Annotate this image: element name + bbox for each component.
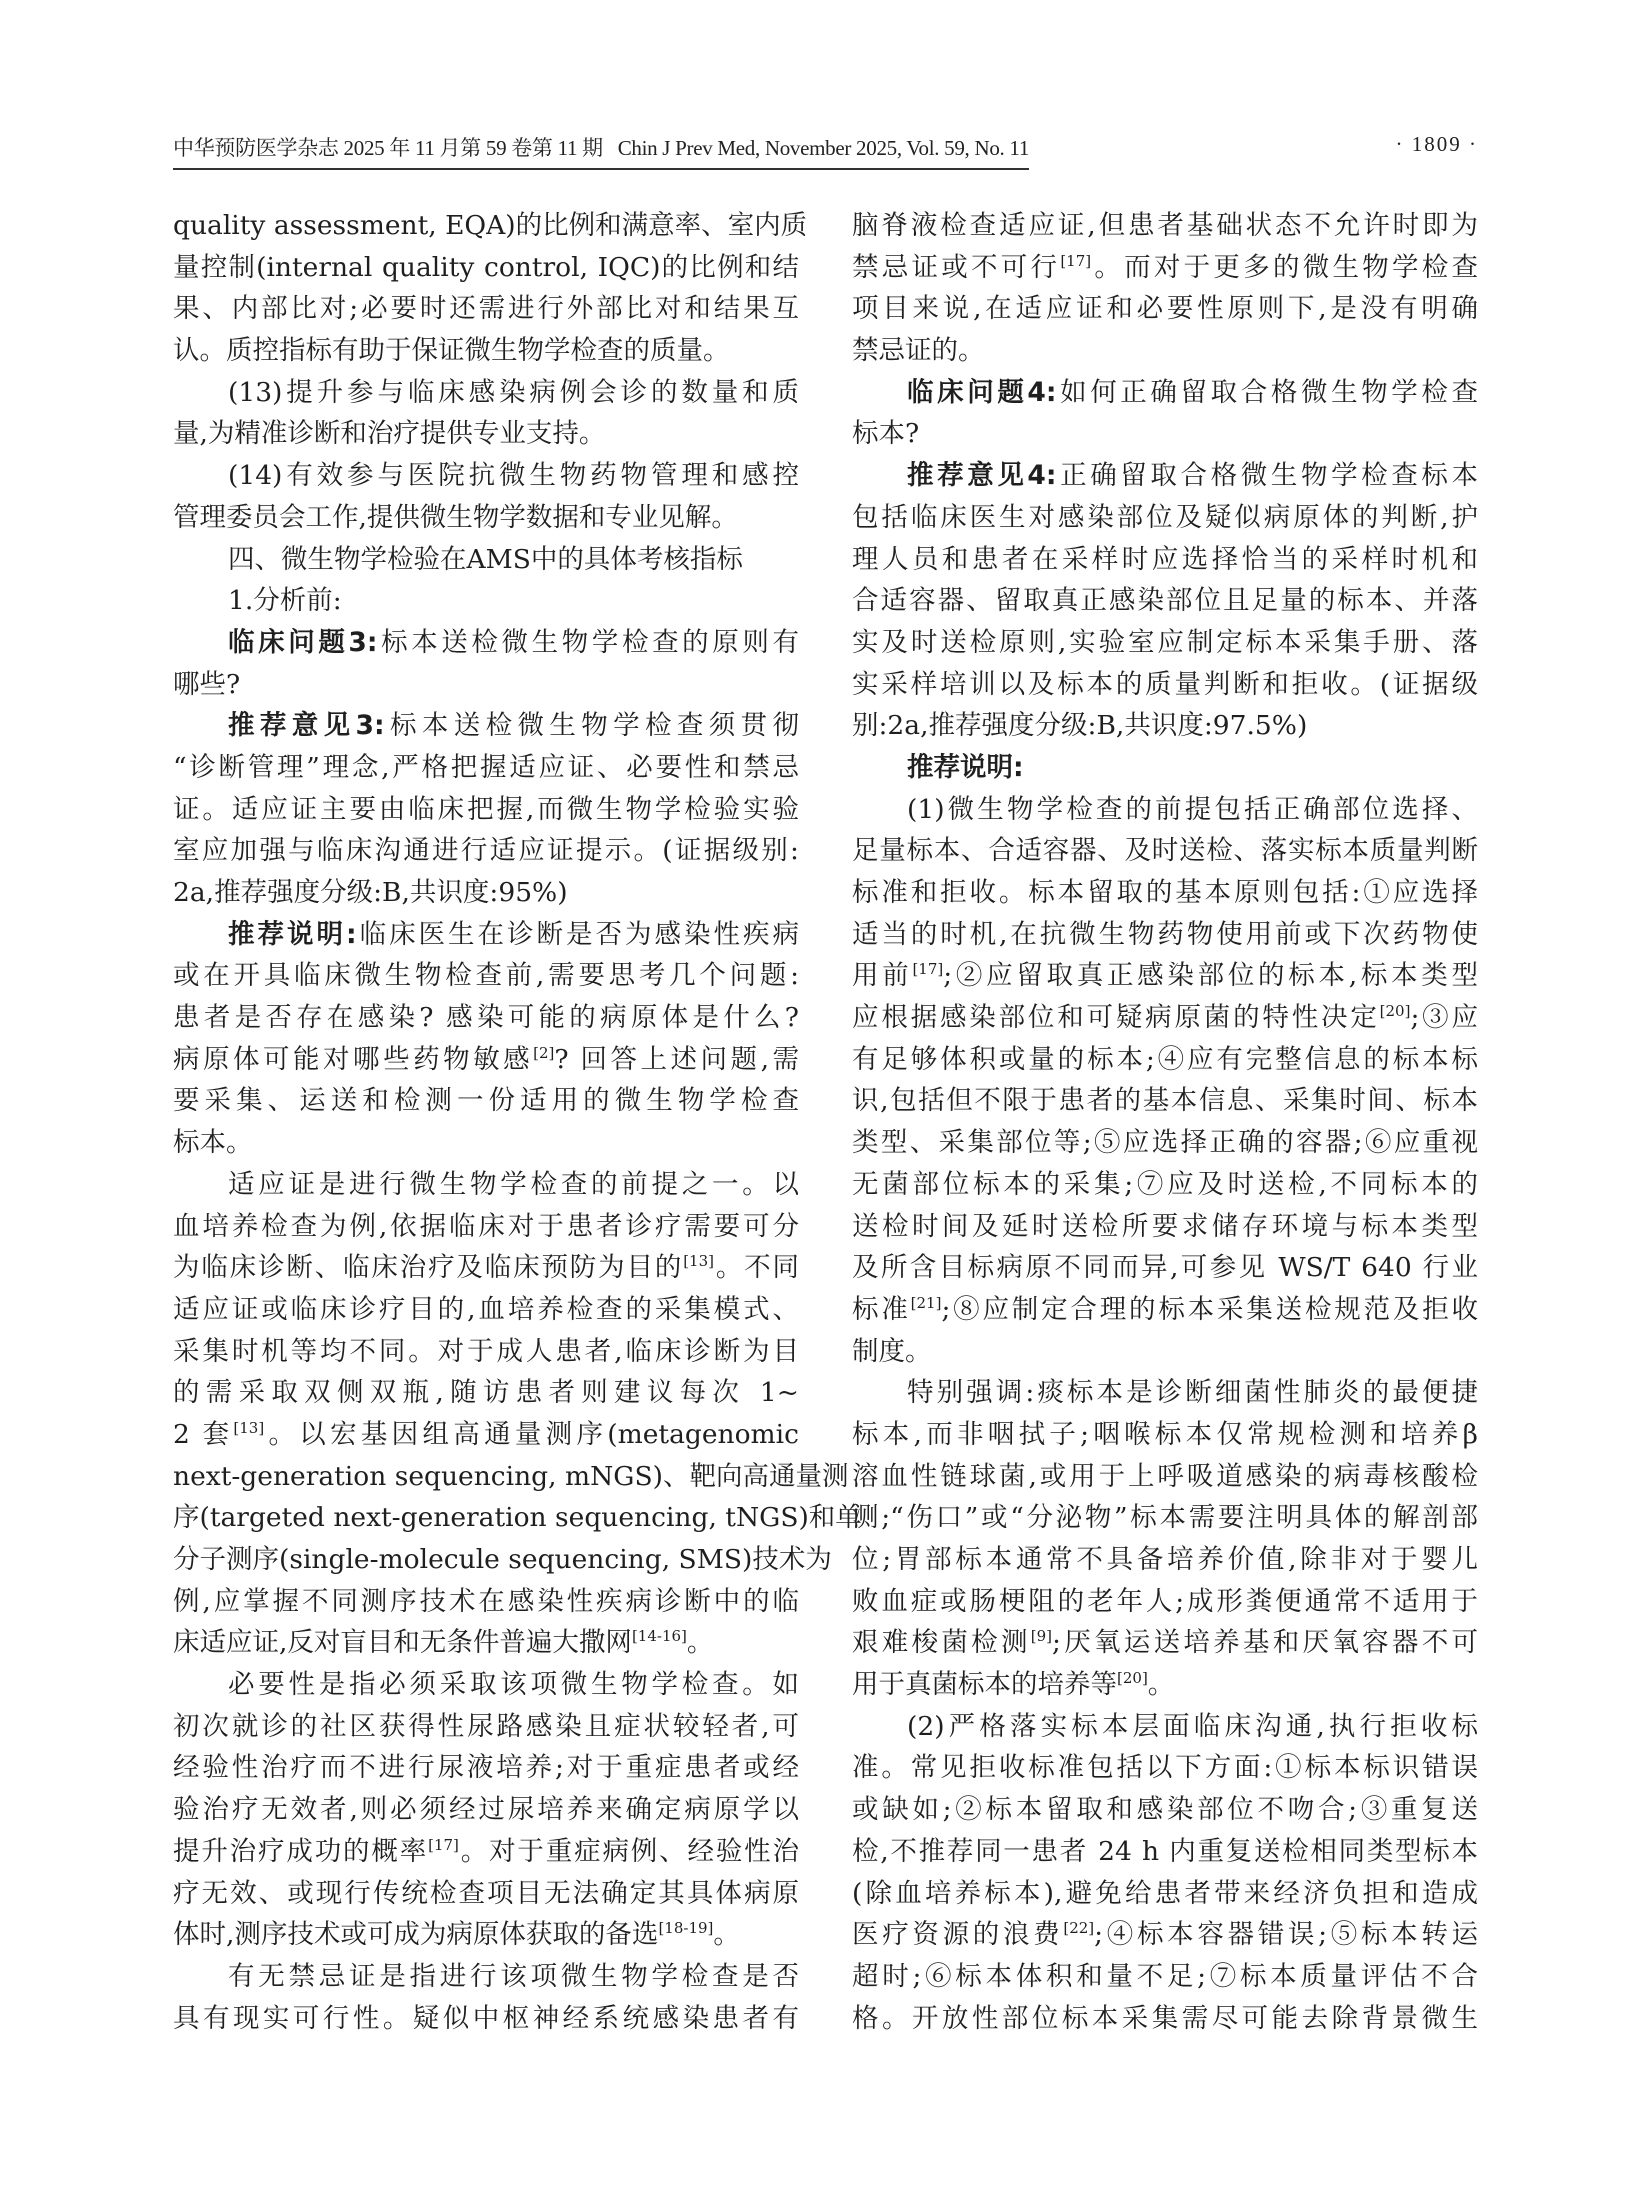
line-text: 适应证或临床诊疗目的,血培养检查的采集模式、 bbox=[173, 1294, 799, 1325]
text-line: 准。常见拒收标准包括以下方面:①标本标识错误 bbox=[852, 1747, 1478, 1789]
text-line: 四、微生物学检验在AMS中的具体考核指标 bbox=[173, 539, 799, 581]
text-line: 哪些? bbox=[173, 664, 799, 706]
line-text: 经验性治疗而不进行尿液培养;对于重症患者或经 bbox=[173, 1752, 799, 1783]
line-text: 别:2a,推荐强度分级:B,共识度:97.5%) bbox=[852, 710, 1307, 741]
line-text: 或缺如;②标本留取和感染部位不吻合;③重复送 bbox=[852, 1794, 1478, 1825]
text-line: 标准和拒收。标本留取的基本原则包括:①应选择 bbox=[852, 872, 1478, 914]
text-line: 超时;⑥标本体积和量不足;⑦标本质量评估不合 bbox=[852, 1956, 1478, 1998]
line-text: 具有现实可行性。疑似中枢神经系统感染患者有 bbox=[173, 2003, 799, 2034]
line-text: (13)提升参与临床感染病例会诊的数量和质 bbox=[228, 377, 799, 408]
citation-ref: [13] bbox=[233, 1419, 264, 1437]
line-text: ;②应留取真正感染部位的标本,标本类型 bbox=[943, 960, 1478, 991]
text-line: 格。开放性部位标本采集需尽可能去除背景微生 bbox=[852, 1998, 1478, 2040]
text-line: 标本? bbox=[852, 413, 1478, 455]
text-line: 要采集、运送和检测一份适用的微生物学检查 bbox=[173, 1080, 799, 1122]
text-line: 采集时机等均不同。对于成人患者,临床诊断为目 bbox=[173, 1331, 799, 1373]
citation-ref: [21] bbox=[911, 1294, 942, 1312]
citation-ref: [17] bbox=[428, 1836, 459, 1854]
citation-ref: [14-16] bbox=[632, 1627, 687, 1645]
text-line: 推荐说明: bbox=[852, 747, 1478, 789]
text-line: 血培养检查为例,依据临床对于患者诊疗需要可分 bbox=[173, 1206, 799, 1248]
line-text: 疗无效、或现行传统检查项目无法确定其具体病原 bbox=[173, 1878, 799, 1909]
journal-citation: 中华预防医学杂志 2025 年 11 月第 59 卷第 11 期 Chin J … bbox=[173, 132, 1029, 170]
line-text: 准。常见拒收标准包括以下方面:①标本标识错误 bbox=[852, 1752, 1478, 1783]
line-text: 有足够体积或量的标本;④应有完整信息的标本标 bbox=[852, 1044, 1478, 1075]
text-line: 识,包括但不限于患者的基本信息、采集时间、标本 bbox=[852, 1080, 1478, 1122]
line-text: 标本送检微生物学检查的原则有 bbox=[377, 627, 799, 658]
line-text: 或在开具临床微生物检查前,需要思考几个问题: bbox=[173, 960, 799, 991]
line-text: 如何正确留取合格微生物学检查 bbox=[1056, 377, 1478, 408]
line-text: 。 bbox=[1148, 1669, 1175, 1700]
line-text: 败血症或肠梗阻的老年人;成形粪便通常不适用于 bbox=[852, 1586, 1478, 1617]
line-text: (2)严格落实标本层面临床沟通,执行拒收标 bbox=[907, 1711, 1478, 1742]
text-line: 提升治疗成功的概率[17]。对于重症病例、经验性治 bbox=[173, 1831, 799, 1873]
text-line: 推荐说明:临床医生在诊断是否为感染性疾病 bbox=[173, 914, 799, 956]
line-text: next-generation sequencing, mNGS)、靶向高通量测 bbox=[173, 1461, 848, 1492]
line-text: 标本? bbox=[852, 418, 919, 449]
text-line: 室应加强与临床沟通进行适应证提示。(证据级别: bbox=[173, 830, 799, 872]
line-text: 应根据感染部位和可疑病原菌的特性决定 bbox=[852, 1002, 1380, 1033]
line-text: 初次就诊的社区获得性尿路感染且症状较轻者,可 bbox=[173, 1711, 799, 1742]
line-text: 1.分析前: bbox=[228, 585, 342, 616]
line-text: 脑脊液检查适应证,但患者基础状态不允许时即为 bbox=[852, 210, 1478, 241]
line-text: 量,为精准诊断和治疗提供专业支持。 bbox=[173, 418, 605, 449]
line-text: 果、内部比对;必要时还需进行外部比对和结果互 bbox=[173, 293, 799, 324]
line-text: 特别强调:痰标本是诊断细菌性肺炎的最便捷 bbox=[907, 1377, 1478, 1408]
text-line: 用前[17];②应留取真正感染部位的标本,标本类型 bbox=[852, 955, 1478, 997]
line-text: 识,包括但不限于患者的基本信息、采集时间、标本 bbox=[852, 1085, 1478, 1116]
line-text: 哪些? bbox=[173, 669, 240, 700]
text-line: 的需采取双侧双瓶,随访患者则建议每次 1~ bbox=[173, 1372, 799, 1414]
line-text: 医疗资源的浪费 bbox=[852, 1919, 1063, 1950]
line-text: (1)微生物学检查的前提包括正确部位选择、 bbox=[907, 794, 1478, 825]
line-text: 。而对于更多的微生物学检查 bbox=[1091, 252, 1478, 283]
line-text: 为临床诊断、临床治疗及临床预防为目的 bbox=[173, 1252, 683, 1283]
line-text: ;③应 bbox=[1410, 1002, 1478, 1033]
line-text: quality assessment, EQA)的比例和满意率、室内质 bbox=[173, 210, 807, 241]
text-line: 送检时间及延时送检所要求储存环境与标本类型 bbox=[852, 1206, 1478, 1248]
line-text: 格。开放性部位标本采集需尽可能去除背景微生 bbox=[852, 2003, 1478, 2034]
citation-ref: [13] bbox=[683, 1252, 714, 1270]
text-line: 推荐意见4:正确留取合格微生物学检查标本 bbox=[852, 455, 1478, 497]
run-in-heading: 推荐意见3: bbox=[228, 710, 385, 741]
text-line: 用于真菌标本的培养等[20]。 bbox=[852, 1664, 1478, 1706]
journal-title-cn: 中华预防医学杂志 2025 年 11 月第 59 卷第 11 期 bbox=[173, 136, 603, 160]
line-text: 无菌部位标本的采集;⑦应及时送检,不同标本的 bbox=[852, 1169, 1478, 1200]
line-text: 理人员和患者在采样时应选择恰当的采样时机和 bbox=[852, 544, 1478, 575]
line-text: 位;胃部标本通常不具备培养价值,除非对于婴儿 bbox=[852, 1544, 1478, 1575]
running-header: 中华预防医学杂志 2025 年 11 月第 59 卷第 11 期 Chin J … bbox=[173, 128, 1478, 164]
citation-ref: [17] bbox=[912, 960, 943, 978]
text-line: 推荐意见3:标本送检微生物学检查须贯彻 bbox=[173, 705, 799, 747]
run-in-heading: 推荐说明: bbox=[907, 752, 1024, 783]
line-text: 禁忌证或不可行 bbox=[852, 252, 1060, 283]
text-line: 测;“伤口”或“分泌物”标本需要注明具体的解剖部 bbox=[852, 1497, 1478, 1539]
text-line: 体时,测序技术或可成为病原体获取的备选[18-19]。 bbox=[173, 1914, 799, 1956]
line-text: 用前 bbox=[852, 960, 912, 991]
text-line: 疗无效、或现行传统检查项目无法确定其具体病原 bbox=[173, 1873, 799, 1915]
line-text: 实采样培训以及标本的质量判断和拒收。(证据级 bbox=[852, 669, 1478, 700]
text-line: 患者是否存在感染? 感染可能的病原体是什么? bbox=[173, 997, 799, 1039]
line-text: (除血培养标本),避免给患者带来经济负担和造成 bbox=[852, 1878, 1478, 1909]
line-text: 管理委员会工作,提供微生物学数据和专业见解。 bbox=[173, 502, 738, 533]
line-text: 适应证是进行微生物学检查的前提之一。以 bbox=[228, 1169, 799, 1200]
text-line: 具有现实可行性。疑似中枢神经系统感染患者有 bbox=[173, 1998, 799, 2040]
run-in-heading: 临床问题3: bbox=[228, 627, 377, 658]
line-text: 标本送检微生物学检查须贯彻 bbox=[385, 710, 799, 741]
citation-ref: [9] bbox=[1031, 1627, 1052, 1645]
text-line: 或在开具临床微生物检查前,需要思考几个问题: bbox=[173, 955, 799, 997]
line-text: ? 回答上述问题,需 bbox=[554, 1044, 799, 1075]
text-line: 证。适应证主要由临床把握,而微生物学检验实验 bbox=[173, 789, 799, 831]
text-line: 2 套[13]。以宏基因组高通量测序(metagenomic bbox=[173, 1414, 799, 1456]
text-line: 项目来说,在适应证和必要性原则下,是没有明确 bbox=[852, 288, 1478, 330]
text-line: 标本,而非咽拭子;咽喉标本仅常规检测和培养β bbox=[852, 1414, 1478, 1456]
line-text: 2a,推荐强度分级:B,共识度:95%) bbox=[173, 877, 568, 908]
text-line: 有无禁忌证是指进行该项微生物学检查是否 bbox=[173, 1956, 799, 1998]
line-text: 标本,而非咽拭子;咽喉标本仅常规检测和培养β bbox=[852, 1419, 1478, 1450]
line-text: 患者是否存在感染? 感染可能的病原体是什么? bbox=[173, 1002, 799, 1033]
text-line: 适应证或临床诊疗目的,血培养检查的采集模式、 bbox=[173, 1289, 799, 1331]
right-column: 脑脊液检查适应证,但患者基础状态不允许时即为禁忌证或不可行[17]。而对于更多的… bbox=[852, 205, 1478, 2039]
text-line: 及所含目标病原不同而异,可参见 WS/T 640 行业 bbox=[852, 1247, 1478, 1289]
text-line: 足量标本、合适容器、及时送检、落实标本质量判断 bbox=[852, 830, 1478, 872]
text-line: 量,为精准诊断和治疗提供专业支持。 bbox=[173, 413, 799, 455]
line-text: 送检时间及延时送检所要求储存环境与标本类型 bbox=[852, 1211, 1478, 1242]
citation-ref: [2] bbox=[533, 1044, 554, 1062]
text-line: 无菌部位标本的采集;⑦应及时送检,不同标本的 bbox=[852, 1164, 1478, 1206]
line-text: 正确留取合格微生物学检查标本 bbox=[1056, 460, 1478, 491]
text-line: 合适容器、留取真正感染部位且足量的标本、并落 bbox=[852, 580, 1478, 622]
text-line: 量控制(internal quality control, IQC)的比例和结 bbox=[173, 247, 799, 289]
line-text: ;⑧应制定合理的标本采集送检规范及拒收 bbox=[941, 1294, 1478, 1325]
text-line: 医疗资源的浪费[22];④标本容器错误;⑤标本转运 bbox=[852, 1914, 1478, 1956]
line-text: 包括临床医生对感染部位及疑似病原体的判断,护 bbox=[852, 502, 1478, 533]
line-text: ;厌氧运送培养基和厌氧容器不可 bbox=[1052, 1627, 1478, 1658]
text-line: quality assessment, EQA)的比例和满意率、室内质 bbox=[173, 205, 799, 247]
line-text: 。 bbox=[713, 1919, 740, 1950]
line-text: 。 bbox=[687, 1627, 714, 1658]
line-text: 实及时送检原则,实验室应制定标本采集手册、落 bbox=[852, 627, 1478, 658]
line-text: 有无禁忌证是指进行该项微生物学检查是否 bbox=[228, 1961, 799, 1992]
line-text: 床适应证,反对盲目和无条件普遍大撒网 bbox=[173, 1627, 632, 1658]
text-line: 1.分析前: bbox=[173, 580, 799, 622]
citation-ref: [17] bbox=[1060, 252, 1091, 270]
line-text: 验治疗无效者,则必须经过尿培养来确定病原学以 bbox=[173, 1794, 799, 1825]
line-text: 禁忌证的。 bbox=[852, 335, 985, 366]
text-line: 认。质控指标有助于保证微生物学检查的质量。 bbox=[173, 330, 799, 372]
left-column: quality assessment, EQA)的比例和满意率、室内质量控制(i… bbox=[173, 205, 799, 2039]
text-line: 管理委员会工作,提供微生物学数据和专业见解。 bbox=[173, 497, 799, 539]
line-text: 血培养检查为例,依据临床对于患者诊疗需要可分 bbox=[173, 1211, 799, 1242]
line-text: 标本。 bbox=[173, 1127, 253, 1158]
line-text: 。以宏基因组高通量测序(metagenomic bbox=[264, 1419, 799, 1450]
line-text: 超时;⑥标本体积和量不足;⑦标本质量评估不合 bbox=[852, 1961, 1478, 1992]
text-line: 为临床诊断、临床治疗及临床预防为目的[13]。不同 bbox=[173, 1247, 799, 1289]
page-number: · 1809 · bbox=[1396, 132, 1479, 157]
line-text: 认。质控指标有助于保证微生物学检查的质量。 bbox=[173, 335, 730, 366]
text-line: 包括临床医生对感染部位及疑似病原体的判断,护 bbox=[852, 497, 1478, 539]
line-text: 病原体可能对哪些药物敏感 bbox=[173, 1044, 533, 1075]
text-line: 脑脊液检查适应证,但患者基础状态不允许时即为 bbox=[852, 205, 1478, 247]
run-in-heading: 推荐说明: bbox=[228, 919, 357, 950]
text-line: (除血培养标本),避免给患者带来经济负担和造成 bbox=[852, 1873, 1478, 1915]
text-line: 标本。 bbox=[173, 1122, 799, 1164]
citation-ref: [22] bbox=[1063, 1919, 1094, 1937]
text-line: 例,应掌握不同测序技术在感染性疾病诊断中的临 bbox=[173, 1581, 799, 1623]
line-text: 标准 bbox=[852, 1294, 911, 1325]
line-text: 证。适应证主要由临床把握,而微生物学检验实验 bbox=[173, 794, 799, 825]
text-line: 床适应证,反对盲目和无条件普遍大撒网[14-16]。 bbox=[173, 1622, 799, 1664]
text-line: 检,不推荐同一患者 24 h 内重复送检相同类型标本 bbox=[852, 1831, 1478, 1873]
line-text: 2 套 bbox=[173, 1419, 233, 1450]
line-text: 的需采取双侧双瓶,随访患者则建议每次 1~ bbox=[173, 1377, 799, 1408]
line-text: 类型、采集部位等;⑤应选择正确的容器;⑥应重视 bbox=[852, 1127, 1478, 1158]
text-line: 理人员和患者在采样时应选择恰当的采样时机和 bbox=[852, 539, 1478, 581]
line-text: 溶血性链球菌,或用于上呼吸道感染的病毒核酸检 bbox=[852, 1461, 1478, 1492]
text-line: 临床问题3:标本送检微生物学检查的原则有 bbox=[173, 622, 799, 664]
text-line: 2a,推荐强度分级:B,共识度:95%) bbox=[173, 872, 799, 914]
run-in-heading: 推荐意见4: bbox=[907, 460, 1056, 491]
line-text: “诊断管理”理念,严格把握适应证、必要性和禁忌 bbox=[173, 752, 799, 783]
text-line: 果、内部比对;必要时还需进行外部比对和结果互 bbox=[173, 288, 799, 330]
line-text: 适当的时机,在抗微生物药物使用前或下次药物使 bbox=[852, 919, 1478, 950]
line-text: 序(targeted next-generation sequencing, t… bbox=[173, 1502, 862, 1533]
line-text: 项目来说,在适应证和必要性原则下,是没有明确 bbox=[852, 293, 1478, 324]
text-line: 验治疗无效者,则必须经过尿培养来确定病原学以 bbox=[173, 1789, 799, 1831]
text-line: 分子测序(single-molecule sequencing, SMS)技术为 bbox=[173, 1539, 799, 1581]
line-text: 标准和拒收。标本留取的基本原则包括:①应选择 bbox=[852, 877, 1478, 908]
text-line: 实采样培训以及标本的质量判断和拒收。(证据级 bbox=[852, 664, 1478, 706]
citation-ref: [20] bbox=[1117, 1669, 1148, 1687]
line-text: 用于真菌标本的培养等 bbox=[852, 1669, 1117, 1700]
text-line: “诊断管理”理念,严格把握适应证、必要性和禁忌 bbox=[173, 747, 799, 789]
text-line: 适当的时机,在抗微生物药物使用前或下次药物使 bbox=[852, 914, 1478, 956]
line-text: 分子测序(single-molecule sequencing, SMS)技术为 bbox=[173, 1544, 832, 1575]
text-line: 标准[21];⑧应制定合理的标本采集送检规范及拒收 bbox=[852, 1289, 1478, 1331]
line-text: 足量标本、合适容器、及时送检、落实标本质量判断 bbox=[852, 835, 1478, 866]
text-line: 适应证是进行微生物学检查的前提之一。以 bbox=[173, 1164, 799, 1206]
line-text: 合适容器、留取真正感染部位且足量的标本、并落 bbox=[852, 585, 1478, 616]
text-line: 艰难梭菌检测[9];厌氧运送培养基和厌氧容器不可 bbox=[852, 1622, 1478, 1664]
line-text: 测;“伤口”或“分泌物”标本需要注明具体的解剖部 bbox=[852, 1502, 1478, 1533]
line-text: 量控制(internal quality control, IQC)的比例和结 bbox=[173, 252, 799, 283]
line-text: 要采集、运送和检测一份适用的微生物学检查 bbox=[173, 1085, 799, 1116]
text-line: next-generation sequencing, mNGS)、靶向高通量测 bbox=[173, 1456, 799, 1498]
text-line: (14)有效参与医院抗微生物药物管理和感控 bbox=[173, 455, 799, 497]
line-text: 体时,测序技术或可成为病原体获取的备选 bbox=[173, 1919, 658, 1950]
text-line: 禁忌证的。 bbox=[852, 330, 1478, 372]
text-line: 禁忌证或不可行[17]。而对于更多的微生物学检查 bbox=[852, 247, 1478, 289]
line-text: 艰难梭菌检测 bbox=[852, 1627, 1031, 1658]
citation-ref: [20] bbox=[1380, 1002, 1411, 1020]
text-line: 类型、采集部位等;⑤应选择正确的容器;⑥应重视 bbox=[852, 1122, 1478, 1164]
line-text: 室应加强与临床沟通进行适应证提示。(证据级别: bbox=[173, 835, 799, 866]
line-text: 必要性是指必须采取该项微生物学检查。如 bbox=[228, 1669, 799, 1700]
text-line: 有足够体积或量的标本;④应有完整信息的标本标 bbox=[852, 1039, 1478, 1081]
line-text: 及所含目标病原不同而异,可参见 WS/T 640 行业 bbox=[852, 1252, 1478, 1283]
line-text: 。不同 bbox=[714, 1252, 799, 1283]
text-line: 必要性是指必须采取该项微生物学检查。如 bbox=[173, 1664, 799, 1706]
text-line: 应根据感染部位和可疑病原菌的特性决定[20];③应 bbox=[852, 997, 1478, 1039]
line-text: (14)有效参与医院抗微生物药物管理和感控 bbox=[228, 460, 799, 491]
text-line: 位;胃部标本通常不具备培养价值,除非对于婴儿 bbox=[852, 1539, 1478, 1581]
text-line: (1)微生物学检查的前提包括正确部位选择、 bbox=[852, 789, 1478, 831]
journal-title-en: Chin J Prev Med, November 2025, Vol. 59,… bbox=[618, 136, 1029, 160]
text-line: (2)严格落实标本层面临床沟通,执行拒收标 bbox=[852, 1706, 1478, 1748]
line-text: 采集时机等均不同。对于成人患者,临床诊断为目 bbox=[173, 1336, 799, 1367]
run-in-heading: 临床问题4: bbox=[907, 377, 1056, 408]
text-line: 制度。 bbox=[852, 1331, 1478, 1373]
text-line: 初次就诊的社区获得性尿路感染且症状较轻者,可 bbox=[173, 1706, 799, 1748]
text-line: 临床问题4:如何正确留取合格微生物学检查 bbox=[852, 372, 1478, 414]
text-line: (13)提升参与临床感染病例会诊的数量和质 bbox=[173, 372, 799, 414]
citation-ref: [18-19] bbox=[658, 1919, 713, 1937]
line-text: 临床医生在诊断是否为感染性疾病 bbox=[357, 919, 799, 950]
line-text: 检,不推荐同一患者 24 h 内重复送检相同类型标本 bbox=[852, 1836, 1478, 1867]
text-line: 别:2a,推荐强度分级:B,共识度:97.5%) bbox=[852, 705, 1478, 747]
text-line: 实及时送检原则,实验室应制定标本采集手册、落 bbox=[852, 622, 1478, 664]
line-text: 。对于重症病例、经验性治 bbox=[459, 1836, 799, 1867]
text-line: 特别强调:痰标本是诊断细菌性肺炎的最便捷 bbox=[852, 1372, 1478, 1414]
text-line: 病原体可能对哪些药物敏感[2]? 回答上述问题,需 bbox=[173, 1039, 799, 1081]
text-line: 败血症或肠梗阻的老年人;成形粪便通常不适用于 bbox=[852, 1581, 1478, 1623]
line-text: 四、微生物学检验在AMS中的具体考核指标 bbox=[228, 544, 743, 575]
line-text: 提升治疗成功的概率 bbox=[173, 1836, 428, 1867]
line-text: 制度。 bbox=[852, 1336, 932, 1367]
line-text: ;④标本容器错误;⑤标本转运 bbox=[1094, 1919, 1478, 1950]
text-line: 或缺如;②标本留取和感染部位不吻合;③重复送 bbox=[852, 1789, 1478, 1831]
line-text: 例,应掌握不同测序技术在感染性疾病诊断中的临 bbox=[173, 1586, 799, 1617]
text-line: 经验性治疗而不进行尿液培养;对于重症患者或经 bbox=[173, 1747, 799, 1789]
text-line: 溶血性链球菌,或用于上呼吸道感染的病毒核酸检 bbox=[852, 1456, 1478, 1498]
text-line: 序(targeted next-generation sequencing, t… bbox=[173, 1497, 799, 1539]
